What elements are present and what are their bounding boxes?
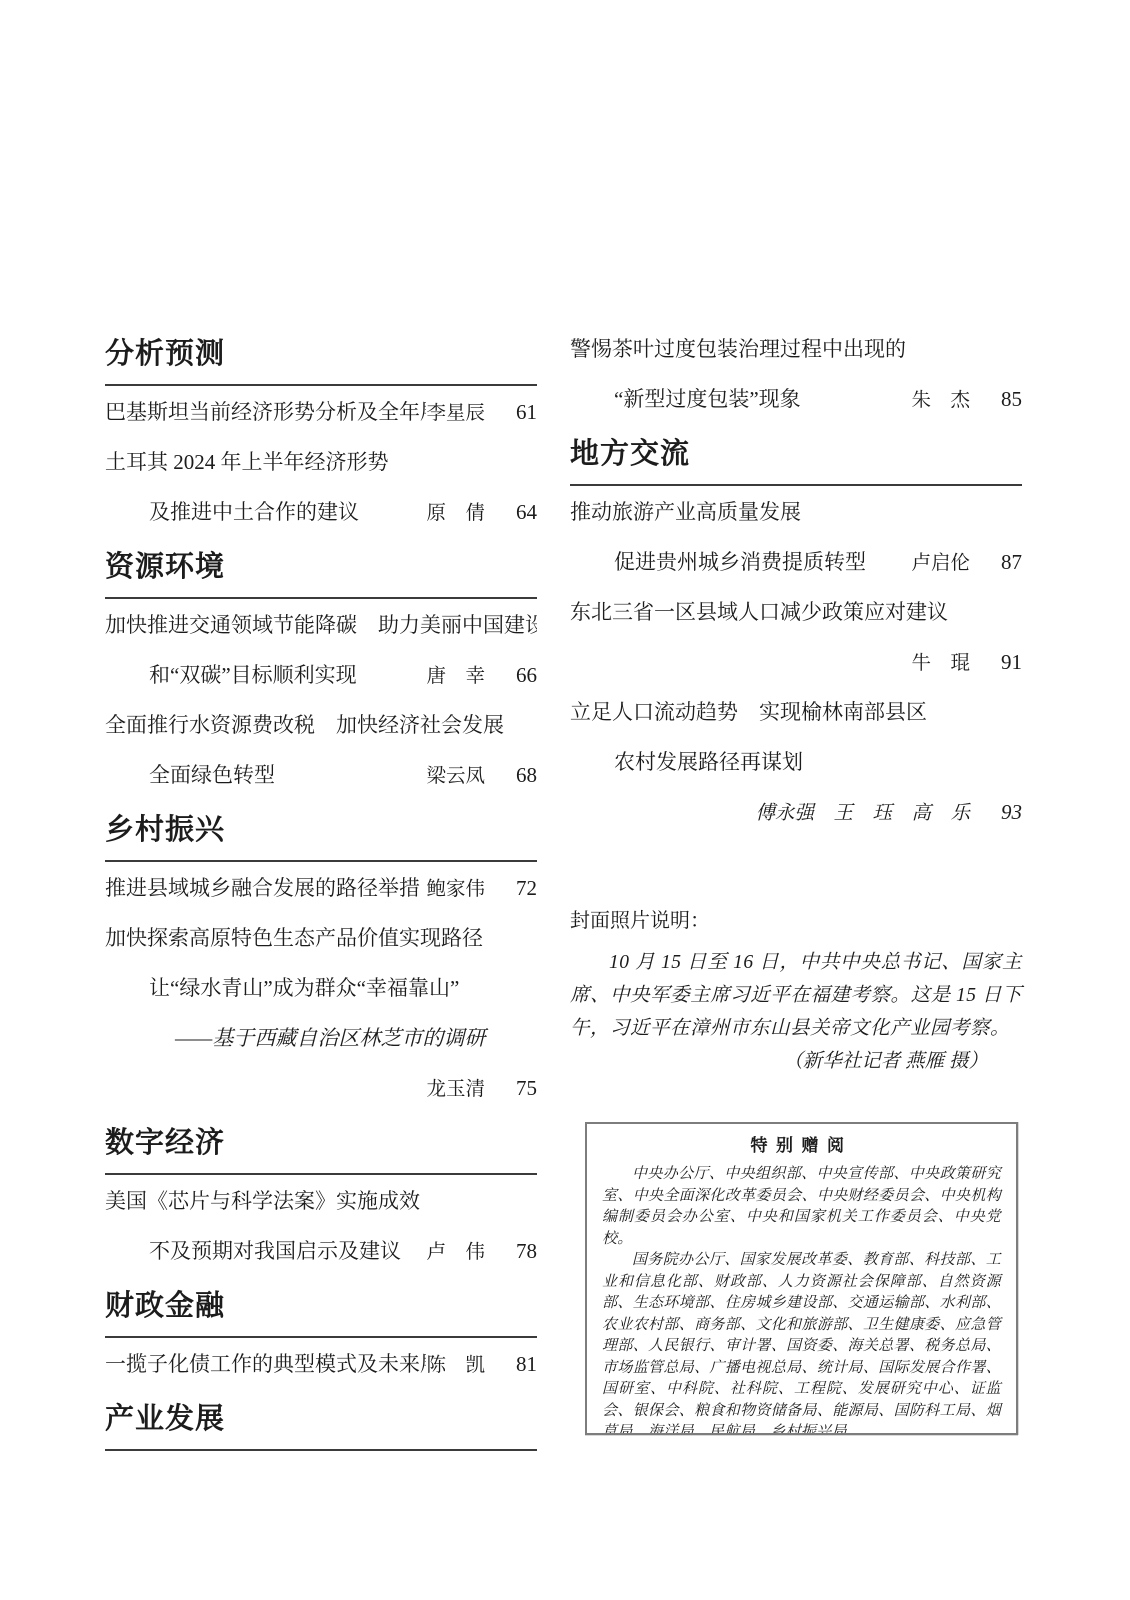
entry-page: 66 bbox=[501, 662, 537, 689]
toc-entry: “新型过度包装”现象 朱 杰 85 bbox=[570, 386, 1022, 413]
left-column: 分析预测 巴基斯坦当前经济形势分析及全年展望 李星辰 61 土耳其 2024 年… bbox=[105, 330, 537, 1464]
toc-entry: 全面绿色转型 梁云凤 68 bbox=[105, 762, 537, 789]
toc-entry: 加快推进交通领域节能降碳 助力美丽中国建设 bbox=[105, 612, 537, 639]
section-title: 资源环境 bbox=[105, 549, 537, 599]
section-title: 产业发展 bbox=[105, 1401, 537, 1451]
entry-title: 土耳其 2024 年上半年经济形势 bbox=[105, 449, 537, 476]
toc-entry: 美国《芯片与科学法案》实施成效 bbox=[105, 1188, 537, 1215]
toc-entry: 东北三省一区县域人口减少政策应对建议 bbox=[570, 599, 1022, 626]
section-resources-environment: 资源环境 加快推进交通领域节能降碳 助力美丽中国建设 和“双碳”目标顺利实现 唐… bbox=[105, 549, 537, 789]
entry-title: 一揽子化债工作的典型模式及未来展望 bbox=[105, 1351, 426, 1378]
entry-title: 立足人口流动趋势 实现榆林南部县区 bbox=[570, 699, 1022, 726]
entry-title: 农村发展路径再谋划 bbox=[570, 749, 1022, 776]
toc-page: 分析预测 巴基斯坦当前经济形势分析及全年展望 李星辰 61 土耳其 2024 年… bbox=[0, 0, 1130, 1600]
toc-entry: 加快探索高原特色生态产品价值实现路径 bbox=[105, 925, 537, 952]
special-box-paragraph: 国务院办公厅、国家发展改革委、教育部、科技部、工业和信息化部、财政部、人力资源社… bbox=[602, 1250, 1001, 1435]
entry-page: 61 bbox=[501, 399, 537, 426]
section-finance: 财政金融 一揽子化债工作的典型模式及未来展望 陈 凯 81 bbox=[105, 1288, 537, 1378]
toc-entry: 立足人口流动趋势 实现榆林南部县区 bbox=[570, 699, 1022, 726]
section-local-exchange: 地方交流 推动旅游产业高质量发展 促进贵州城乡消费提质转型 卢启伦 87 东北三… bbox=[570, 436, 1022, 826]
toc-entry: 和“双碳”目标顺利实现 唐 幸 66 bbox=[105, 662, 537, 689]
toc-entry: 让“绿水青山”成为群众“幸福靠山” bbox=[105, 975, 537, 1002]
entry-author: 傅永强 王 珏 高 乐 bbox=[755, 800, 970, 827]
toc-entry: 土耳其 2024 年上半年经济形势 bbox=[105, 449, 537, 476]
special-box-paragraph: 中央办公厅、中央组织部、中央宣传部、中央政策研究室、中央全面深化改革委员会、中央… bbox=[602, 1164, 1001, 1250]
entry-title: 让“绿水青山”成为群众“幸福靠山” bbox=[105, 975, 537, 1002]
toc-entry: 及推进中土合作的建议 原 倩 64 bbox=[105, 499, 537, 526]
entry-title: 推动旅游产业高质量发展 bbox=[570, 499, 1022, 526]
toc-entry: 促进贵州城乡消费提质转型 卢启伦 87 bbox=[570, 549, 1022, 576]
toc-entry: 推动旅游产业高质量发展 bbox=[570, 499, 1022, 526]
section-industry-development: 产业发展 bbox=[105, 1401, 537, 1451]
toc-entry: 巴基斯坦当前经济形势分析及全年展望 李星辰 61 bbox=[105, 399, 537, 426]
special-gift-box: 特别赠阅 中央办公厅、中央组织部、中央宣传部、中央政策研究室、中央全面深化改革委… bbox=[585, 1122, 1018, 1435]
cover-note-credit: （新华社记者 燕雁 摄） bbox=[570, 1045, 1022, 1078]
entry-author: 李星辰 bbox=[426, 400, 485, 427]
entry-title: 巴基斯坦当前经济形势分析及全年展望 bbox=[105, 399, 426, 426]
section-title: 分析预测 bbox=[105, 336, 537, 386]
section-title: 地方交流 bbox=[570, 436, 1022, 486]
entry-title: “新型过度包装”现象 bbox=[570, 386, 911, 413]
entry-page: 81 bbox=[501, 1351, 537, 1378]
entry-author: 原 倩 bbox=[426, 500, 485, 527]
right-column: 警惕茶叶过度包装治理过程中出现的 “新型过度包装”现象 朱 杰 85 地方交流 … bbox=[570, 330, 1022, 1435]
special-box-title: 特别赠阅 bbox=[602, 1134, 1001, 1158]
entry-author: 梁云凤 bbox=[426, 763, 485, 790]
cover-photo-note: 封面照片说明： 10 月 15 日至 16 日，中共中央总书记、国家主席、中央军… bbox=[570, 906, 1022, 1078]
entry-title: 全面推行水资源费改税 加快经济社会发展 bbox=[105, 712, 537, 739]
entry-page: 68 bbox=[501, 762, 537, 789]
entry-title: 全面绿色转型 bbox=[105, 762, 426, 789]
cover-note-label: 封面照片说明： bbox=[570, 906, 1022, 936]
toc-entry: 一揽子化债工作的典型模式及未来展望 陈 凯 81 bbox=[105, 1351, 537, 1378]
entry-page: 75 bbox=[501, 1075, 537, 1102]
entry-title: 不及预期对我国启示及建议 bbox=[105, 1238, 426, 1265]
entry-author: 鲍家伟 bbox=[426, 876, 485, 903]
section-title: 财政金融 bbox=[105, 1288, 537, 1338]
section-rural-revitalization: 乡村振兴 推进县域城乡融合发展的路径举措 鲍家伟 72 加快探索高原特色生态产品… bbox=[105, 812, 537, 1102]
toc-entry: 推进县域城乡融合发展的路径举措 鲍家伟 72 bbox=[105, 875, 537, 902]
entry-page: 78 bbox=[501, 1238, 537, 1265]
entry-title: 及推进中土合作的建议 bbox=[105, 499, 426, 526]
section-title: 数字经济 bbox=[105, 1125, 537, 1175]
entry-author: 唐 幸 bbox=[426, 663, 485, 690]
toc-entry-author-line: 牛 琨 91 bbox=[570, 649, 1022, 676]
entry-page: 85 bbox=[986, 386, 1022, 413]
toc-entry-subtitle: ——基于西藏自治区林芝市的调研 bbox=[105, 1025, 537, 1052]
entry-page: 72 bbox=[501, 875, 537, 902]
entry-page: 91 bbox=[986, 649, 1022, 676]
entry-page: 87 bbox=[986, 549, 1022, 576]
toc-entry-author-line: 龙玉清 75 bbox=[105, 1075, 537, 1102]
entry-title: 美国《芯片与科学法案》实施成效 bbox=[105, 1188, 537, 1215]
entry-author: 卢 伟 bbox=[426, 1239, 485, 1266]
entry-title: 推进县域城乡融合发展的路径举措 bbox=[105, 875, 426, 902]
toc-entry: 农村发展路径再谋划 bbox=[570, 749, 1022, 776]
toc-entry: 全面推行水资源费改税 加快经济社会发展 bbox=[105, 712, 537, 739]
entry-title: ——基于西藏自治区林芝市的调研 bbox=[105, 1025, 537, 1052]
cover-note-body: 10 月 15 日至 16 日，中共中央总书记、国家主席、中央军委主席习近平在福… bbox=[570, 946, 1022, 1045]
entry-title: 东北三省一区县域人口减少政策应对建议 bbox=[570, 599, 1022, 626]
entry-author: 卢启伦 bbox=[911, 550, 970, 577]
entry-title: 促进贵州城乡消费提质转型 bbox=[570, 549, 911, 576]
entry-author: 陈 凯 bbox=[426, 1352, 485, 1379]
section-title: 乡村振兴 bbox=[105, 812, 537, 862]
toc-entry: 警惕茶叶过度包装治理过程中出现的 bbox=[570, 336, 1022, 363]
entry-author: 龙玉清 bbox=[426, 1076, 485, 1103]
entry-page: 64 bbox=[501, 499, 537, 526]
entry-title: 和“双碳”目标顺利实现 bbox=[105, 662, 426, 689]
entry-title: 警惕茶叶过度包装治理过程中出现的 bbox=[570, 336, 1022, 363]
toc-entry-author-line: 傅永强 王 珏 高 乐 93 bbox=[570, 799, 1022, 826]
entry-page: 93 bbox=[986, 799, 1022, 826]
entry-title: 加快推进交通领域节能降碳 助力美丽中国建设 bbox=[105, 612, 537, 639]
entry-author: 朱 杰 bbox=[911, 387, 970, 414]
toc-entry: 不及预期对我国启示及建议 卢 伟 78 bbox=[105, 1238, 537, 1265]
entry-author: 牛 琨 bbox=[911, 650, 970, 677]
section-digital-economy: 数字经济 美国《芯片与科学法案》实施成效 不及预期对我国启示及建议 卢 伟 78 bbox=[105, 1125, 537, 1265]
entry-title: 加快探索高原特色生态产品价值实现路径 bbox=[105, 925, 537, 952]
section-analysis-forecast: 分析预测 巴基斯坦当前经济形势分析及全年展望 李星辰 61 土耳其 2024 年… bbox=[105, 336, 537, 526]
